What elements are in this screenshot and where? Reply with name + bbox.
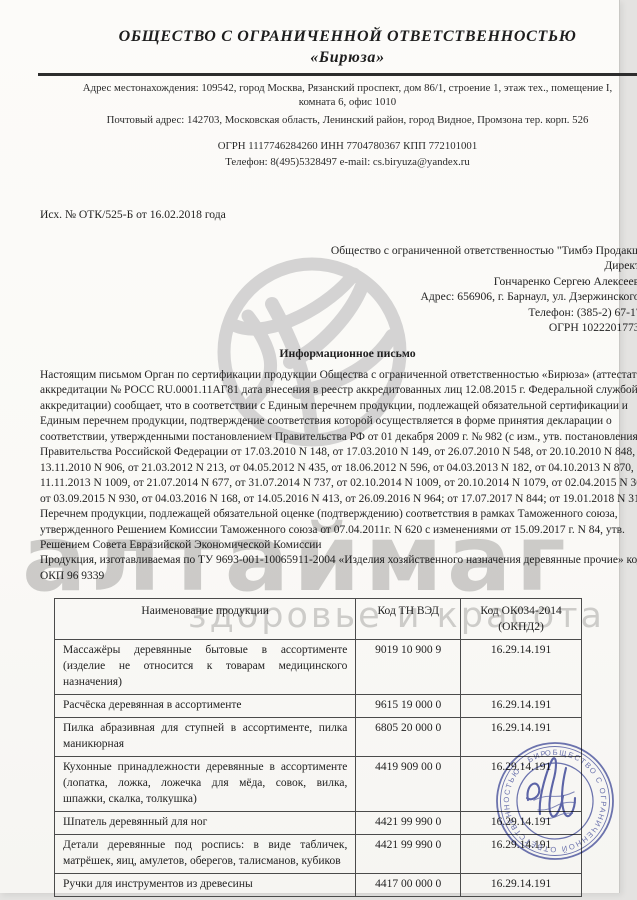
tnved-code-cell: 9019 10 900 9 xyxy=(356,640,461,695)
okpd2-code-cell: 16.29.14.191 xyxy=(461,874,582,897)
table-row: Кухонные принадлежности деревянные в асс… xyxy=(55,757,582,812)
header-tnved-code: Код ТН ВЭД xyxy=(356,599,461,640)
table-row: Детали деревянные под роспись: в виде та… xyxy=(55,835,582,874)
okpd2-code-cell: 16.29.14.191 xyxy=(461,640,582,695)
address-postal-line: Почтовый адрес: 142703, Московская облас… xyxy=(38,113,637,128)
recipient-phone: Телефон: (385-2) 67-17-89 xyxy=(331,305,637,320)
table-row: Шпатель деревянный для ног 4421 99 990 0… xyxy=(55,812,582,835)
recipient-address: Адрес: 656906, г. Барнаул, ул. Дзержинск… xyxy=(331,289,637,304)
letterhead-org-name-line2: «Бирюза» xyxy=(38,49,637,67)
body-paragraph-2: Перечнем продукции, подлежащей обязатель… xyxy=(40,507,637,553)
recipient-ogrn: ОГРН 1022201773880 xyxy=(331,320,637,335)
tnved-code-cell: 6805 20 000 0 xyxy=(356,718,461,757)
product-name-cell: Кухонные принадлежности деревянные в асс… xyxy=(55,757,356,812)
table-row: Расчёска деревянная в ассортименте 9615 … xyxy=(55,695,582,718)
okpd2-code-cell: 16.29.14.191 xyxy=(461,718,582,757)
body-paragraph-1: Настоящим письмом Орган по сертификации … xyxy=(40,368,637,507)
table-row: Массажёры деревянные бытовые в ассортиме… xyxy=(55,640,582,695)
okpd2-code-cell: 16.29.14.191 xyxy=(461,812,582,835)
header-okpd2-code: Код ОК034-2014 (ОКПД2) xyxy=(461,599,582,640)
table-header-row: Наименование продукции Код ТН ВЭД Код ОК… xyxy=(55,599,582,640)
product-name-cell: Массажёры деревянные бытовые в ассортиме… xyxy=(55,640,356,695)
product-name-cell: Расчёска деревянная в ассортименте xyxy=(55,695,356,718)
product-name-cell: Шпатель деревянный для ног xyxy=(55,812,356,835)
tnved-code-cell: 4421 99 990 0 xyxy=(356,835,461,874)
letterhead-divider xyxy=(38,73,637,76)
letter-body: Настоящим письмом Орган по сертификации … xyxy=(40,368,637,584)
table-row: Ручки для инструментов из древесины 4417… xyxy=(55,874,582,897)
header-product-name: Наименование продукции xyxy=(55,599,356,640)
ogrn-inn-kpp-line: ОГРН 1117746284260 ИНН 7704780367 КПП 77… xyxy=(38,139,637,154)
recipient-person: Гончаренко Сергею Алексеевичу xyxy=(331,274,637,289)
product-name-cell: Детали деревянные под роспись: в виде та… xyxy=(55,835,356,874)
letterhead-org-name-line1: ОБЩЕСТВО С ОГРАНИЧЕННОЙ ОТВЕТСТВЕННОСТЬЮ xyxy=(38,28,637,46)
tnved-code-cell: 4421 99 990 0 xyxy=(356,812,461,835)
okpd2-code-cell: 16.29.14.191 xyxy=(461,757,582,812)
okpd2-code-cell: 16.29.14.191 xyxy=(461,695,582,718)
product-name-cell: Пилка абразивная для ступней в ассортиме… xyxy=(55,718,356,757)
recipient-position: Директору xyxy=(331,258,637,273)
scanned-letter-page: ОБЩЕСТВО С ОГРАНИЧЕННОЙ ОТВЕТСТВЕННОСТЬЮ… xyxy=(0,0,620,893)
okpd2-code-cell: 16.29.14.191 xyxy=(461,835,582,874)
product-name-cell: Ручки для инструментов из древесины xyxy=(55,874,356,897)
outgoing-reference: Исх. № ОТК/525-Б от 16.02.2018 года xyxy=(40,208,226,221)
phone-email-line: Телефон: 8(495)5328497 e-mail: cs.biryuz… xyxy=(38,155,637,170)
tnved-code-cell: 4417 00 000 0 xyxy=(356,874,461,897)
body-paragraph-3: Продукция, изготавливаемая по ТУ 9693-00… xyxy=(40,553,637,584)
recipient-org: Общество с ограниченной ответственностью… xyxy=(331,243,637,258)
tnved-code-cell: 9615 19 000 0 xyxy=(356,695,461,718)
tnved-code-cell: 4419 909 00 0 xyxy=(356,757,461,812)
products-table: Наименование продукции Код ТН ВЭД Код ОК… xyxy=(54,598,582,897)
subject-title: Информационное письмо xyxy=(38,346,637,361)
table-row: Пилка абразивная для ступней в ассортиме… xyxy=(55,718,582,757)
address-location-line: Адрес местонахождения: 109542, город Мос… xyxy=(38,81,637,110)
recipient-block: Общество с ограниченной ответственностью… xyxy=(331,243,637,335)
